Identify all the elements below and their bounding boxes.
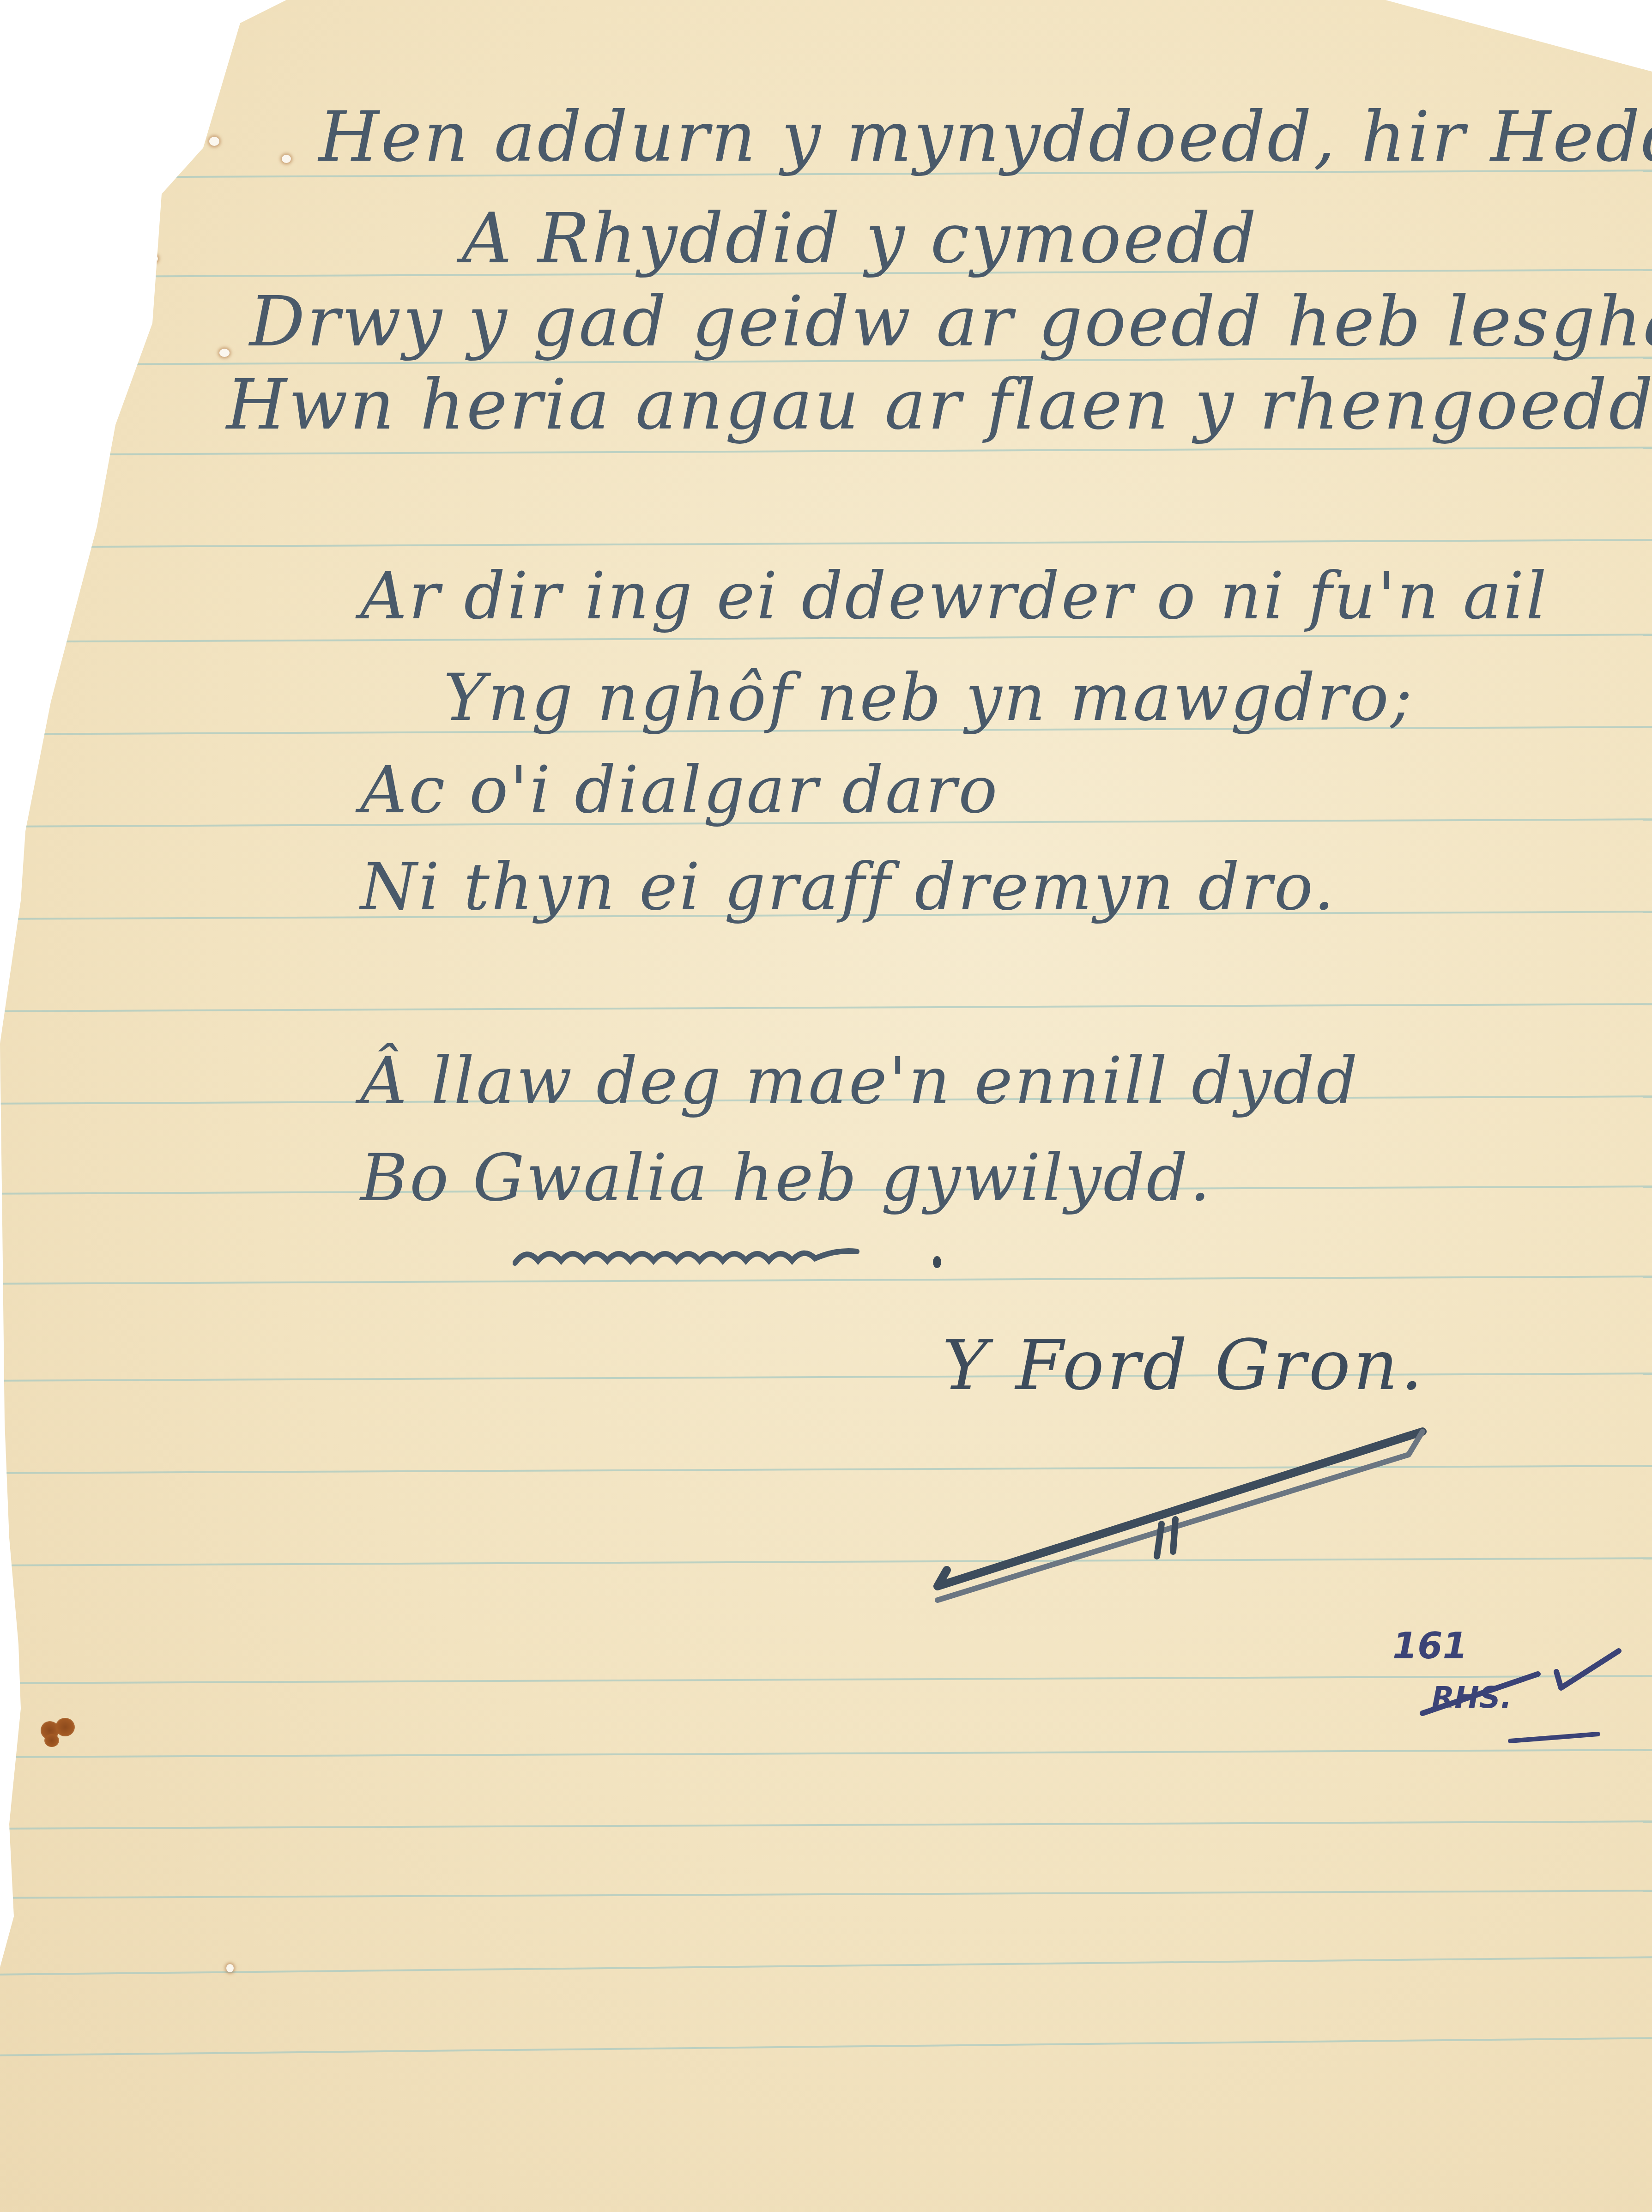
poem-line: Yng nghôf neb yn mawgdro; [443,660,1414,736]
poem-line: Bo Gwalia heb gywilydd. [360,1141,1212,1216]
archivist-initials: RHS. [1432,1681,1512,1715]
poem-line: Ni thyn ei graff dremyn dro. [360,850,1336,925]
ruled-line [0,1749,1652,1758]
line-text-after: heb gywilydd. [709,1141,1212,1216]
ruled-line [0,1820,1652,1830]
ruled-line [0,634,1652,643]
ruled-line [0,1890,1652,1899]
signature: Y Ford Gron. [942,1325,1425,1406]
ruled-line [0,1956,1652,1975]
ink-dot [933,1256,941,1268]
poem-line: A Rhyddid y cymoedd [462,199,1259,279]
rust-stain [55,1718,75,1736]
underlined-word: Gwalia [473,1141,709,1216]
ruled-line [0,447,1652,456]
poem-line: Hwn heria angau ar flaen y rhengoedd. [226,365,1652,445]
rust-hole [282,155,291,163]
wavy-underline [513,1245,864,1268]
signature-flourish [891,1404,1473,1607]
ruled-line [0,1275,1652,1285]
ruled-line [0,1003,1652,1012]
rust-hole [219,349,230,357]
poem-line: Ac o'i dialgar daro [360,753,999,828]
rust-hole [147,254,158,263]
poem-line: Ar dir ing ei ddewrder o ni fu'n ail [360,559,1549,634]
poem-line: Hen addurn y mynyddoedd, hir Heddwch [319,97,1652,177]
pin-hole [226,1964,234,1972]
line-text-before: Bo [360,1141,473,1216]
catalog-number: 161 [1392,1626,1468,1667]
ruled-line [0,2037,1652,2056]
poem-line: Drwy y gad geidw ar goedd heb lesghau, [249,282,1652,362]
ruled-line [0,539,1652,548]
poem-line: Â llaw deg mae'n ennill dydd [360,1044,1360,1119]
rust-stain [44,1734,59,1747]
rust-hole [209,137,219,146]
